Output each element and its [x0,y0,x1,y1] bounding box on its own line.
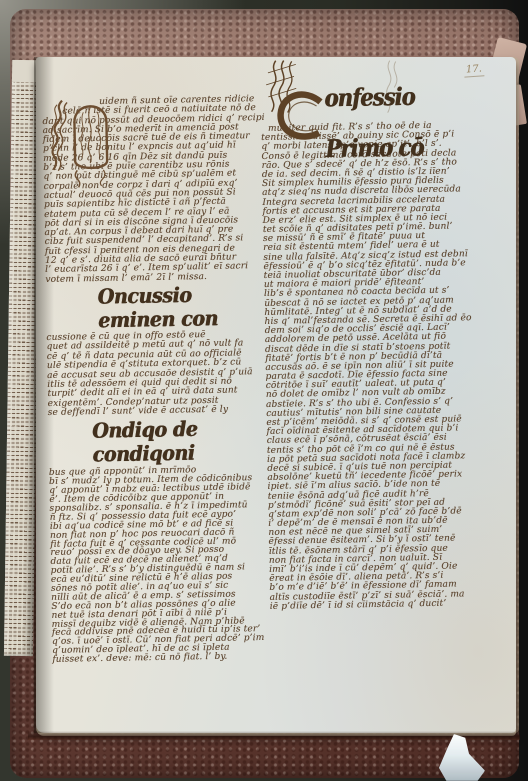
initial-q-ornament-icon [38,93,140,195]
left-paragraph-3: bus que qñ apponūt’ in mrīmōobī s’ mudz’… [49,465,273,665]
manuscript-photograph: 17. uidem ñ sunt oīe carentes ridiciecel… [0,0,528,781]
right-heading: onfessio Primo cō [324,71,473,127]
left-column: uidem ñ sunt oīe carentes ridiciecelē ñ … [42,95,272,665]
left-heading-1: Oncussio eminen con [97,282,266,333]
left-paragraph-2: cussione ē cū que in offo estō euēquet a… [46,330,268,419]
manuscript-text-line: iē p’diīe dē’ ī id si cīimstācia q’ duci… [270,599,488,612]
right-column: onfessio Primo cō muniter quid fit. R’s … [260,73,488,612]
right-paragraph: muniter quid fit. R’s s’ tho oē de iaten… [261,121,488,612]
initial-c-ornament-icon [254,58,336,147]
manuscript-text-line: fuisset ex’. deve: mē: cū nō fiat. l’ by… [52,652,272,665]
page-bottom-seam [28,731,520,740]
manuscript-page: 17. uidem ñ sunt oīe carentes ridiciecel… [36,57,516,733]
left-heading-2: Ondiqo de condiqoni [92,417,269,468]
